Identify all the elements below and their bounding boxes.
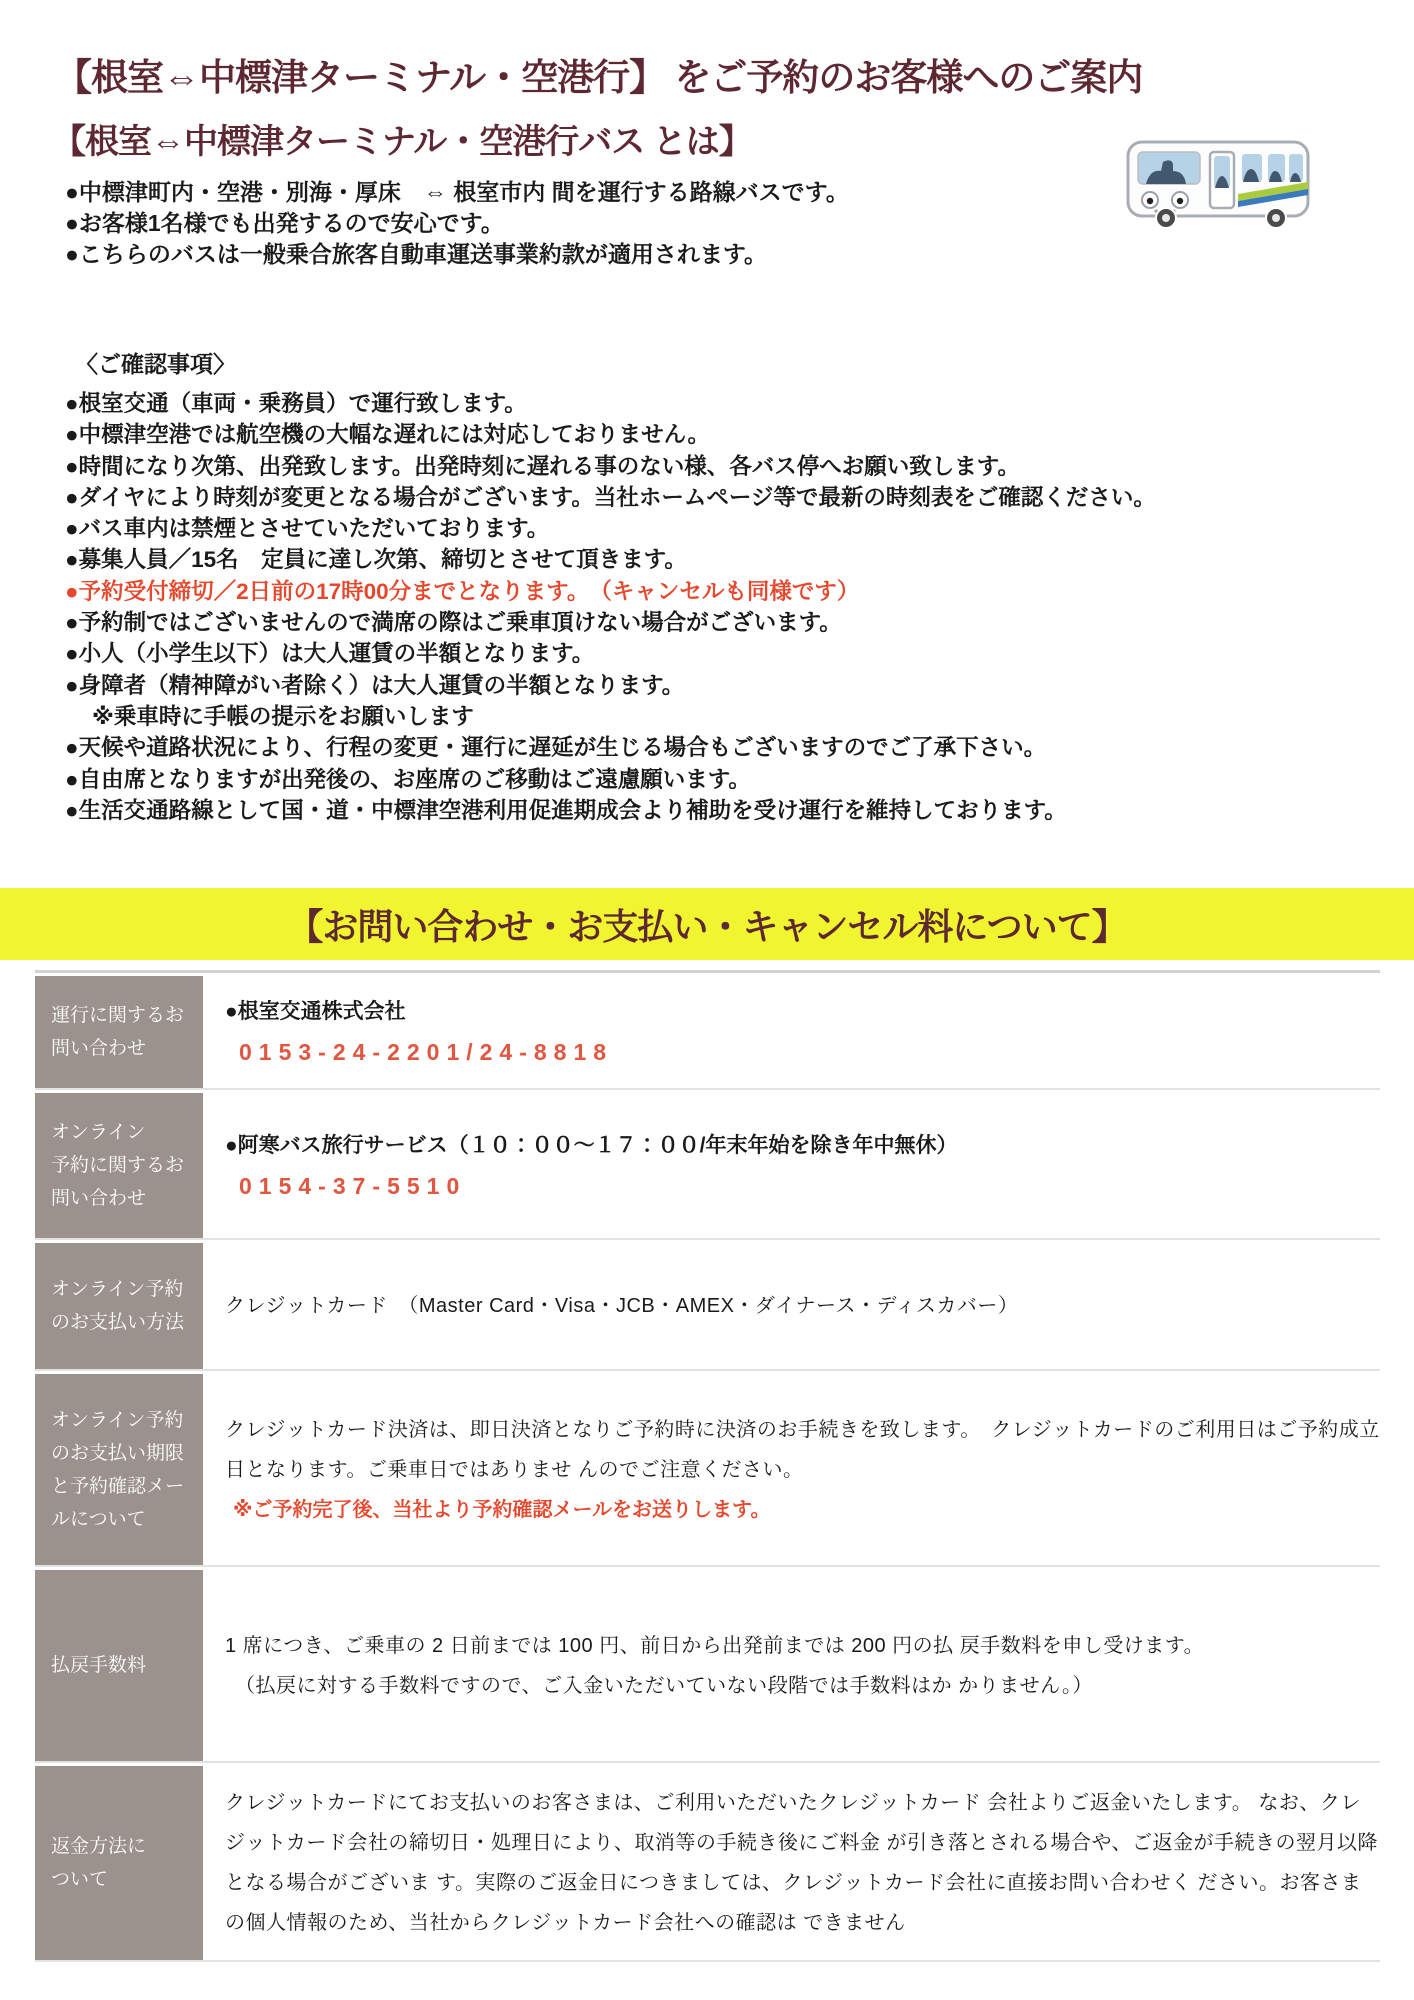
row-content: クレジットカード （Master Card・Visa・JCB・AMEX・ダイナー… <box>203 1243 1380 1369</box>
bus-illustration <box>1118 126 1318 231</box>
refund-fee-text: 1 席につき、ご乗車の 2 日前までは 100 円、前日から出発前までは 200… <box>225 1626 1380 1666</box>
row-label: オンライン 予約に関するお 問い合わせ <box>35 1093 203 1238</box>
list-item: ●根室交通（車両・乗務員）で運行致します。 <box>65 388 1414 419</box>
contact-info-table: 運行に関するお 問い合わせ ●根室交通株式会社 0153-24-2201/24-… <box>35 970 1380 1962</box>
company-name: ●阿寒バス旅行サービス（１０：００～１７：００/年末年始を除き年中無休） <box>225 1126 1380 1166</box>
contact-section-banner: 【お問い合わせ・お支払い・キャンセル料について】 <box>0 888 1414 960</box>
row-content: クレジットカード決済は、即日決済となりご予約時に決済のお手続きを致します。 クレ… <box>203 1374 1380 1565</box>
list-item: ●生活交通路線として国・道・中標津空港利用促進期成会より補助を受け運行を維持して… <box>65 795 1414 826</box>
row-label: 運行に関するお 問い合わせ <box>35 976 203 1088</box>
list-item: ●時間になり次第、出発致します。出発時刻に遅れる事のない様、各バス停へお願い致し… <box>65 451 1414 482</box>
refund-fee-subtext: （払戻に対する手数料ですので、ご入金いただいていない段階では手数料はか かりませ… <box>225 1666 1380 1706</box>
list-item: ●身障者（精神障がい者除く）は大人運賃の半額となります。 <box>65 670 1414 701</box>
list-item: ●予約制ではございませんので満席の際はご乗車頂けない場合がございます。 <box>65 607 1414 638</box>
list-item: ●自由席となりますが出発後の、お座席のご移動はご遠慮願います。 <box>65 764 1414 795</box>
table-row: 払戻手数料 1 席につき、ご乗車の 2 日前までは 100 円、前日から出発前ま… <box>35 1570 1380 1763</box>
row-content: ●根室交通株式会社 0153-24-2201/24-8818 <box>203 976 1380 1088</box>
list-item: ●こちらのバスは一般乗合旅客自動車運送事業約款が適用されます。 <box>65 239 1414 270</box>
table-row: 返金方法に ついて クレジットカードにてお支払いのお客さまは、ご利用いただいたク… <box>35 1766 1380 1962</box>
confirmation-list: ●根室交通（車両・乗務員）で運行致します。 ●中標津空港では航空機の大幅な遅れに… <box>65 388 1414 826</box>
list-item: ●募集人員／15名 定員に達し次第、締切とさせて頂きます。 <box>65 544 1414 575</box>
table-row: オンライン予約 のお支払い期限 と予約確認メー ルについて クレジットカード決済… <box>35 1374 1380 1567</box>
phone-number: 0153-24-2201/24-8818 <box>225 1032 1380 1072</box>
list-item-note: ※乗車時に手帳の提示をお願いします <box>65 701 1414 732</box>
row-content: クレジットカードにてお支払いのお客さまは、ご利用いただいたクレジットカード 会社… <box>203 1766 1380 1960</box>
flyer-page: 【根室⇔中標津ターミナル・空港行】 をご予約のお客様へのご案内 【根室⇔中標津タ… <box>0 0 1414 2000</box>
list-item: ●バス車内は禁煙とさせていただいております。 <box>65 513 1414 544</box>
row-label: 払戻手数料 <box>35 1570 203 1761</box>
payment-methods: クレジットカード （Master Card・Visa・JCB・AMEX・ダイナー… <box>225 1286 1380 1326</box>
confirmation-heading: 〈ご確認事項〉 <box>75 346 1414 379</box>
list-item: ●天候や道路状況により、行程の変更・運行に遅延が生じる場合もございますのでご了承… <box>65 732 1414 763</box>
row-label: 返金方法に ついて <box>35 1766 203 1960</box>
company-name: ●根室交通株式会社 <box>225 992 1380 1032</box>
table-row: オンライン予約 のお支払い方法 クレジットカード （Master Card・Vi… <box>35 1243 1380 1371</box>
list-item: ●ダイヤにより時刻が変更となる場合がございます。当社ホームページ等で最新の時刻表… <box>65 482 1414 513</box>
row-label: オンライン予約 のお支払い方法 <box>35 1243 203 1369</box>
page-title: 【根室⇔中標津ターミナル・空港行】 をご予約のお客様へのご案内 <box>55 55 1414 101</box>
refund-method-text: クレジットカードにてお支払いのお客さまは、ご利用いただいたクレジットカード 会社… <box>225 1783 1380 1943</box>
list-item-deadline-highlight: ●予約受付締切／2日前の17時00分までとなります。 （キャンセルも同様です） <box>65 576 1414 607</box>
table-row: オンライン 予約に関するお 問い合わせ ●阿寒バス旅行サービス（１０：００～１７… <box>35 1093 1380 1240</box>
payment-deadline-text: クレジットカード決済は、即日決済となりご予約時に決済のお手続きを致します。 クレ… <box>225 1410 1380 1490</box>
phone-number: 0154-37-5510 <box>225 1166 1380 1206</box>
list-item: ●小人（小学生以下）は大人運賃の半額となります。 <box>65 638 1414 669</box>
row-label: オンライン予約 のお支払い期限 と予約確認メー ルについて <box>35 1374 203 1565</box>
table-row: 運行に関するお 問い合わせ ●根室交通株式会社 0153-24-2201/24-… <box>35 976 1380 1090</box>
row-content: ●阿寒バス旅行サービス（１０：００～１７：００/年末年始を除き年中無休） 015… <box>203 1093 1380 1238</box>
list-item: ●中標津空港では航空機の大幅な遅れには対応しておりません。 <box>65 419 1414 450</box>
row-content: 1 席につき、ご乗車の 2 日前までは 100 円、前日から出発前までは 200… <box>203 1570 1380 1761</box>
confirmation-mail-note: ※ご予約完了後、当社より予約確認メールをお送りします。 <box>225 1490 1380 1530</box>
